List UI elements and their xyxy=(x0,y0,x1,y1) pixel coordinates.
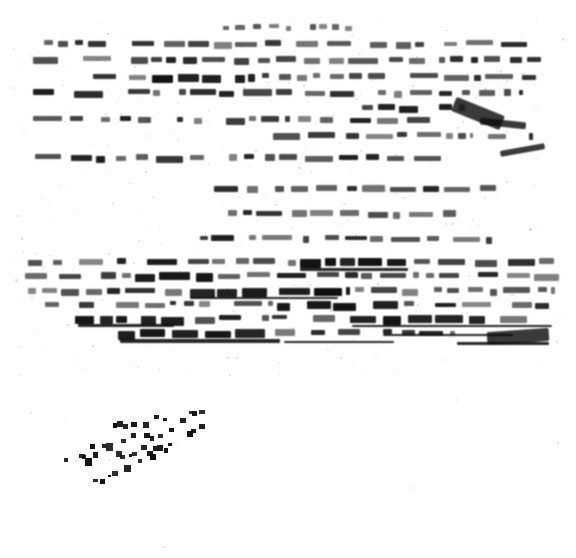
signature-mark xyxy=(124,465,131,473)
signature-mark xyxy=(168,443,172,446)
signature-mark xyxy=(150,454,156,460)
signature-mark xyxy=(100,479,105,484)
signature-mark xyxy=(93,452,98,458)
signature-mark xyxy=(121,439,126,443)
signature-mark xyxy=(123,424,128,429)
signature-mark xyxy=(163,418,167,421)
signature-mark xyxy=(141,445,147,451)
signature-mark xyxy=(164,448,168,453)
signature-mark xyxy=(180,418,185,423)
signature-mark xyxy=(154,415,159,419)
signature-mark xyxy=(192,411,197,416)
signature-mark xyxy=(191,429,195,433)
signature-mark xyxy=(108,475,112,478)
signature-mark xyxy=(120,455,124,459)
signature-mark xyxy=(150,436,154,441)
signature-mark xyxy=(144,433,150,438)
signature-mark xyxy=(106,443,113,451)
signature-mark xyxy=(93,479,97,483)
signature-mark xyxy=(117,421,122,427)
signature-mark xyxy=(112,471,117,476)
scanned-letter-page xyxy=(0,0,576,558)
handwritten-signature xyxy=(0,0,576,558)
signature-mark xyxy=(132,452,137,456)
signature-mark xyxy=(113,423,117,428)
signature-mark xyxy=(82,455,86,459)
signature-mark xyxy=(143,422,149,429)
signature-mark xyxy=(199,410,205,414)
signature-mark xyxy=(138,459,142,463)
signature-mark xyxy=(199,424,205,429)
signature-mark xyxy=(169,428,174,432)
signature-mark xyxy=(131,433,136,438)
signature-mark xyxy=(158,434,163,438)
signature-mark xyxy=(131,422,137,427)
signature-mark xyxy=(157,445,163,452)
signature-mark xyxy=(87,458,92,462)
signature-mark xyxy=(90,444,95,450)
signature-mark xyxy=(64,458,68,462)
